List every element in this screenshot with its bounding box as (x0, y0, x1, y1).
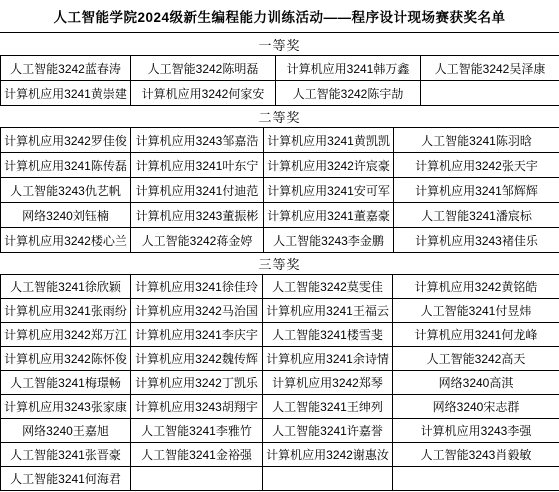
award-cell: 人工智能3242高天 (393, 347, 559, 371)
award-cell: 网络3240宋志群 (393, 395, 559, 419)
table-row: 计算机应用3242罗佳俊计算机应用3243邹嘉浩计算机应用3241黄凯凯人工智能… (1, 128, 559, 153)
table-row: 人工智能3241梅璟畅计算机应用3242丁凯乐计算机应用3242郑琴网络3240… (1, 371, 559, 395)
award-cell: 计算机应用3242马治国 (131, 299, 263, 323)
first-prize-table: 人工智能3242蓝春涛人工智能3242陈明磊计算机应用3241韩万鑫人工智能32… (0, 55, 559, 106)
table-row: 计算机应用3241黄崇建计算机应用3242何家安人工智能3242陈宇劼 (1, 81, 559, 106)
award-cell: 计算机应用3241韩万鑫 (276, 56, 421, 81)
award-cell: 人工智能3241梅璟畅 (1, 371, 131, 395)
section-header-second-prize: 二等奖 (0, 106, 559, 127)
award-cell: 计算机应用3243董振彬 (131, 203, 264, 228)
award-cell: 计算机应用3241张雨纷 (1, 299, 131, 323)
award-cell: 人工智能3243仇艺帆 (1, 178, 131, 203)
award-cell: 人工智能3243李金鹏 (264, 228, 394, 253)
award-cell: 计算机应用3241董嘉豪 (264, 203, 394, 228)
award-cell: 计算机应用3241邹辉辉 (394, 178, 559, 203)
table-row: 计算机应用3242郑万江计算机应用3241李庆宇人工智能3241楼雪斐计算机应用… (1, 323, 559, 347)
award-cell: 计算机应用3241安可军 (264, 178, 394, 203)
award-cell: 网络3240高淇 (393, 371, 559, 395)
award-cell: 计算机应用3243张家康 (1, 395, 131, 419)
table-row: 人工智能3241张晋豪人工智能3241金裕强计算机应用3242谢惠汝人工智能32… (1, 443, 559, 467)
award-cell: 人工智能3243肖毅敏 (393, 443, 559, 467)
award-cell: 人工智能3242莫雯佳 (263, 275, 393, 299)
empty-cell (393, 467, 559, 491)
award-cell: 计算机应用3242魏传辉 (131, 347, 263, 371)
award-cell: 人工智能3241楼雪斐 (263, 323, 393, 347)
award-cell: 计算机应用3242陈怀俊 (1, 347, 131, 371)
award-cell: 计算机应用3242何家安 (131, 81, 276, 106)
award-cell: 人工智能3241王绅列 (263, 395, 393, 419)
table-row: 计算机应用3242楼心兰人工智能3242蒋金婷人工智能3243李金鹏计算机应用3… (1, 228, 559, 253)
award-cell: 计算机应用3242楼心兰 (1, 228, 131, 253)
document-title: 人工智能学院2024级新生编程能力训练活动——程序设计现场赛获奖名单 (0, 0, 559, 32)
award-cell: 人工智能3241何海君 (1, 467, 131, 491)
award-cell: 计算机应用3241付迪范 (131, 178, 264, 203)
award-cell: 计算机应用3242谢惠汝 (263, 443, 393, 467)
award-cell: 人工智能3241李雅竹 (131, 419, 263, 443)
award-cell: 人工智能3241金裕强 (131, 443, 263, 467)
award-cell: 网络3240刘钰楠 (1, 203, 131, 228)
award-cell: 人工智能3241许嘉誉 (263, 419, 393, 443)
award-cell: 计算机应用3241徐佳玲 (131, 275, 263, 299)
award-cell: 计算机应用3241余诗情 (263, 347, 393, 371)
award-cell: 计算机应用3242许宸豪 (264, 153, 394, 178)
award-cell: 人工智能3241徐欣颖 (1, 275, 131, 299)
award-cell: 计算机应用3243褚佳乐 (394, 228, 559, 253)
award-cell: 计算机应用3241陈传磊 (1, 153, 131, 178)
award-cell: 计算机应用3242丁凯乐 (131, 371, 263, 395)
award-document: 人工智能学院2024级新生编程能力训练活动——程序设计现场赛获奖名单 一等奖 人… (0, 0, 559, 492)
award-cell: 人工智能3242吴泽康 (421, 56, 559, 81)
award-cell: 计算机应用3242郑万江 (1, 323, 131, 347)
table-row: 计算机应用3241陈传磊计算机应用3241叶东宁计算机应用3242许宸豪计算机应… (1, 153, 559, 178)
award-cell: 计算机应用3243胡翔宇 (131, 395, 263, 419)
award-cell: 人工智能3241付昱炜 (393, 299, 559, 323)
empty-cell (263, 467, 393, 491)
award-cell: 人工智能3242陈宇劼 (276, 81, 421, 106)
table-row: 计算机应用3243张家康计算机应用3243胡翔宇人工智能3241王绅列网络324… (1, 395, 559, 419)
award-cell: 计算机应用3242黄铭皓 (393, 275, 559, 299)
award-cell: 人工智能3242蓝春涛 (1, 56, 131, 81)
award-cell: 计算机应用3241黄凯凯 (264, 128, 394, 153)
empty-cell (421, 81, 559, 106)
section-header-third-prize: 三等奖 (0, 253, 559, 274)
table-row: 计算机应用3241张雨纷计算机应用3242马治国计算机应用3241王福云人工智能… (1, 299, 559, 323)
table-row: 网络3240刘钰楠计算机应用3243董振彬计算机应用3241董嘉豪人工智能324… (1, 203, 559, 228)
award-cell: 人工智能3242陈明磊 (131, 56, 276, 81)
table-row: 人工智能3243仇艺帆计算机应用3241付迪范计算机应用3241安可军计算机应用… (1, 178, 559, 203)
table-row: 计算机应用3242陈怀俊计算机应用3242魏传辉计算机应用3241余诗情人工智能… (1, 347, 559, 371)
table-row: 人工智能3241何海君 (1, 467, 559, 491)
award-cell: 计算机应用3243李强 (393, 419, 559, 443)
award-cell: 计算机应用3242郑琴 (263, 371, 393, 395)
award-cell: 人工智能3242蒋金婷 (131, 228, 264, 253)
award-cell: 人工智能3241陈羽晗 (394, 128, 559, 153)
award-cell: 人工智能3241张晋豪 (1, 443, 131, 467)
section-header-first-prize: 一等奖 (0, 32, 559, 55)
award-cell: 计算机应用3241黄崇建 (1, 81, 131, 106)
award-cell: 计算机应用3241王福云 (263, 299, 393, 323)
award-cell: 人工智能3241潘宸标 (394, 203, 559, 228)
empty-cell (131, 467, 263, 491)
table-row: 人工智能3242蓝春涛人工智能3242陈明磊计算机应用3241韩万鑫人工智能32… (1, 56, 559, 81)
award-cell: 计算机应用3243邹嘉浩 (131, 128, 264, 153)
award-cell: 计算机应用3242张天宇 (394, 153, 559, 178)
table-row: 网络3240王嘉旭人工智能3241李雅竹人工智能3241许嘉誉计算机应用3243… (1, 419, 559, 443)
award-cell: 计算机应用3241李庆宇 (131, 323, 263, 347)
table-row: 人工智能3241徐欣颖计算机应用3241徐佳玲人工智能3242莫雯佳计算机应用3… (1, 275, 559, 299)
third-prize-table: 人工智能3241徐欣颖计算机应用3241徐佳玲人工智能3242莫雯佳计算机应用3… (0, 274, 559, 491)
award-cell: 计算机应用3241何龙峰 (393, 323, 559, 347)
award-cell: 网络3240王嘉旭 (1, 419, 131, 443)
second-prize-table: 计算机应用3242罗佳俊计算机应用3243邹嘉浩计算机应用3241黄凯凯人工智能… (0, 127, 559, 253)
award-cell: 计算机应用3241叶东宁 (131, 153, 264, 178)
award-cell: 计算机应用3242罗佳俊 (1, 128, 131, 153)
